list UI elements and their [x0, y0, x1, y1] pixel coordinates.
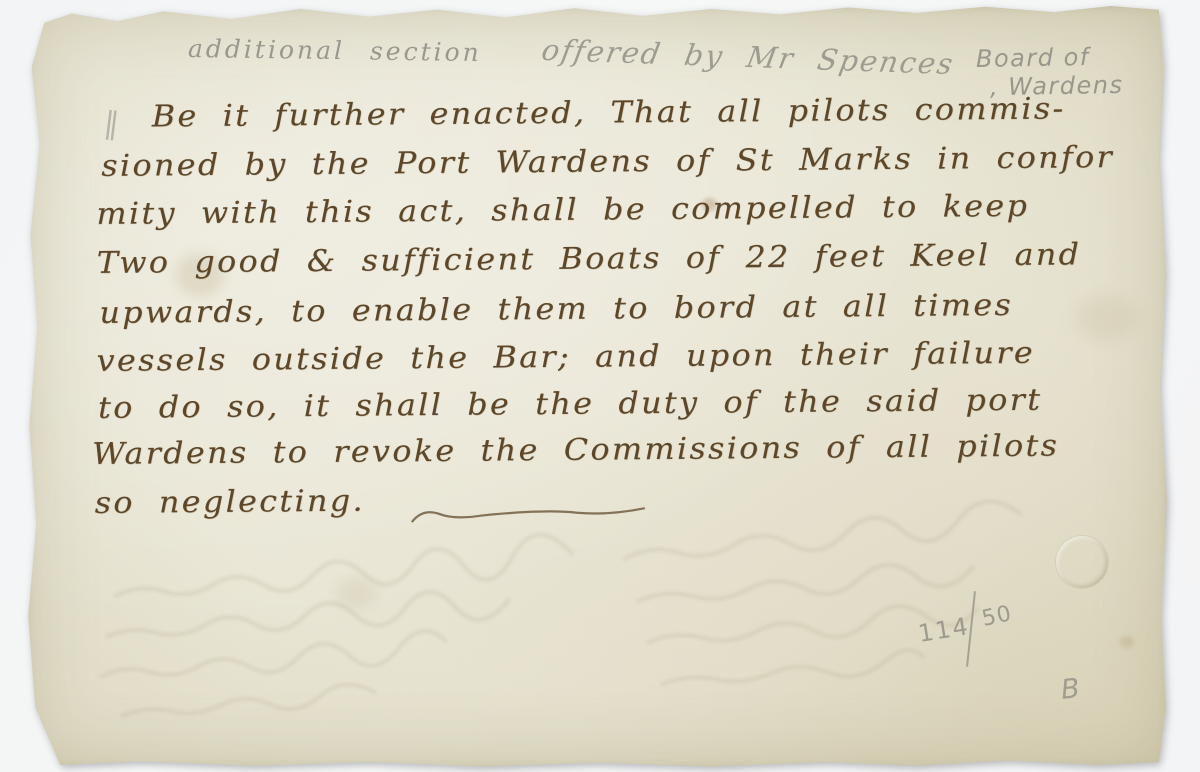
manuscript-line: sioned by the Port Wardens of St Marks i… [101, 140, 1114, 184]
manuscript-line: to do so, it shall be the duty of the sa… [98, 383, 1042, 426]
manuscript-text-block: Be it further enacted, That all pilots c… [21, 0, 1200, 769]
flourish-line [407, 498, 651, 530]
manuscript-line: Be it further enacted, That all pilots c… [152, 91, 1066, 134]
document-photo: ‖ additional section offered by Mr Spenc… [0, 0, 1200, 772]
manuscript-line: Two good & sufficient Boats of 22 feet K… [97, 237, 1082, 281]
manuscript-line: Wardens to revoke the Commissions of all… [92, 429, 1059, 472]
manuscript-line: so neglecting. [95, 484, 366, 521]
archival-letter-mark: B [1059, 673, 1081, 706]
manuscript-line: mity with this act, shall be compelled t… [96, 189, 1029, 232]
manuscript-line: upwards, to enable them to bord at all t… [99, 288, 1013, 331]
manuscript-line: vessels outside the Bar; and upon their … [96, 336, 1035, 379]
paper-shadow-wrapper: ‖ additional section offered by Mr Spenc… [0, 0, 1200, 772]
manuscript-paper: ‖ additional section offered by Mr Spenc… [26, 6, 1168, 768]
embossed-seal [1055, 535, 1109, 589]
